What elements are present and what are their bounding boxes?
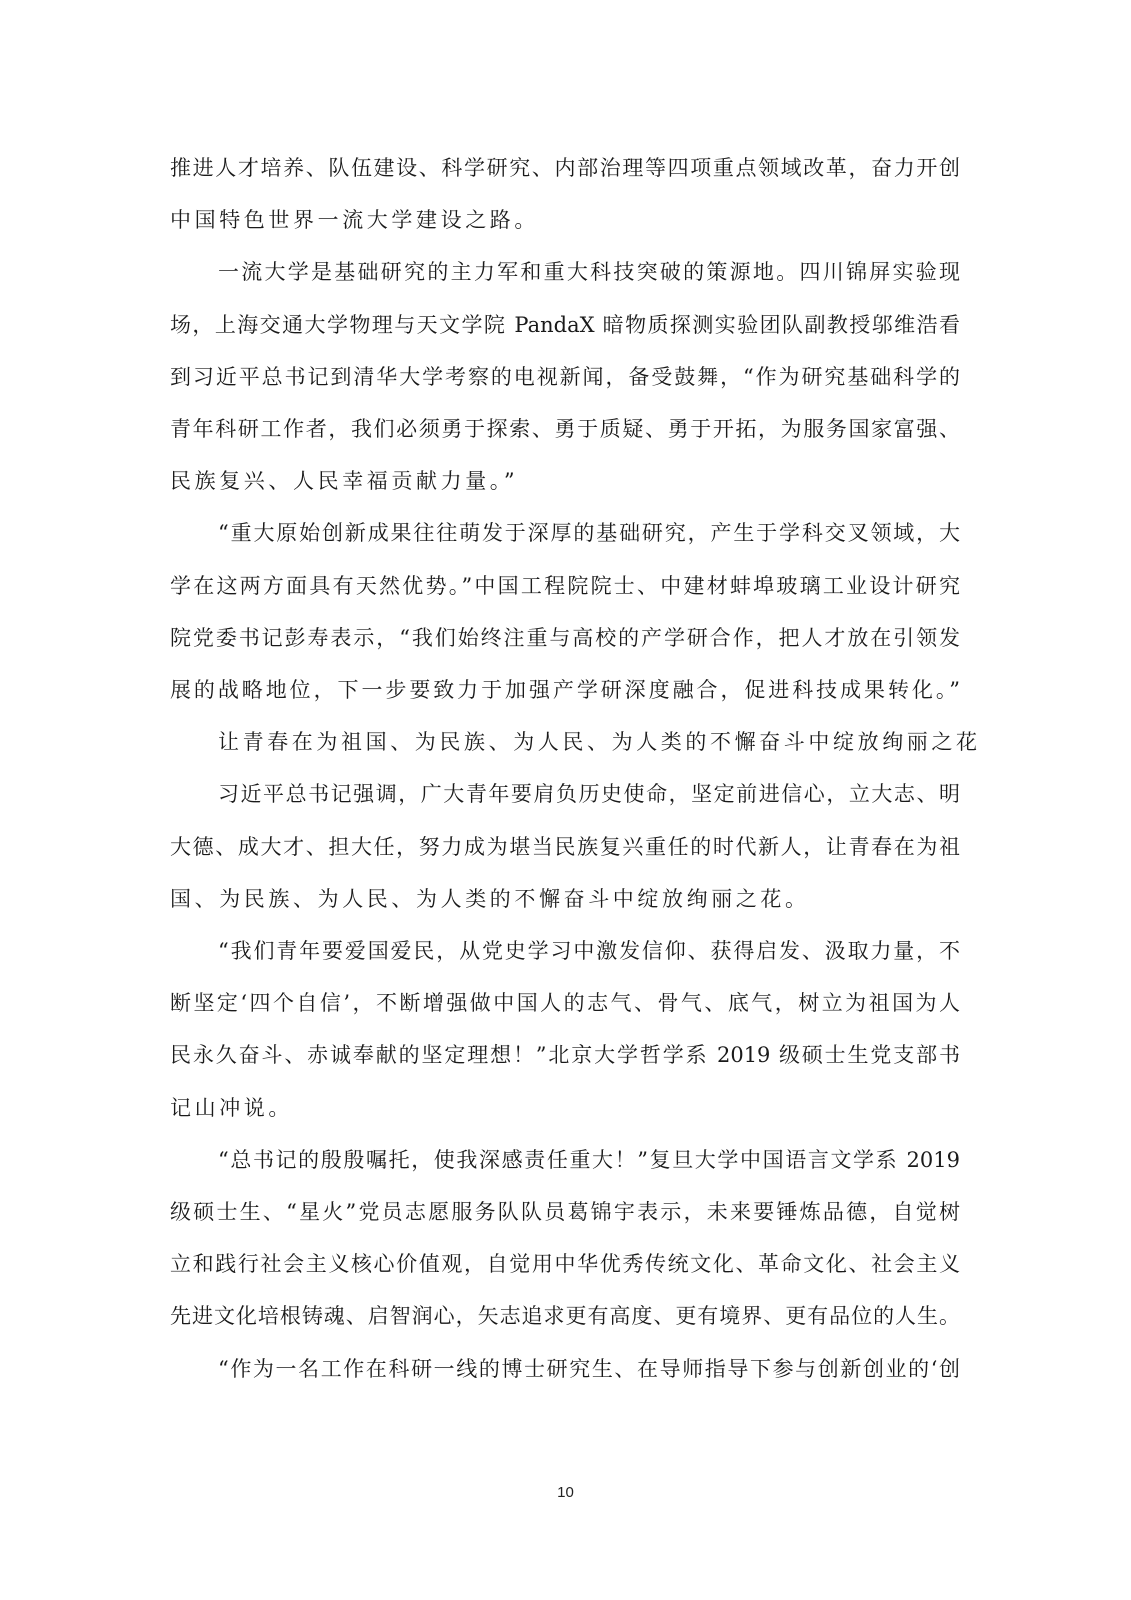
body-text-line: 到习近平总书记到清华大学考察的电视新闻，备受鼓舞，“作为研究基础科学的 — [170, 362, 960, 392]
body-text-line: “作为一名工作在科研一线的博士研究生、在导师指导下参与创新创业的‘创 — [218, 1354, 960, 1384]
body-text-line: 学在这两方面具有天然优势。”中国工程院院士、中建材蚌埠玻璃工业设计研究 — [170, 571, 960, 601]
body-text-line: 习近平总书记强调，广大青年要肩负历史使命，坚定前进信心，立大志、明 — [218, 779, 960, 809]
body-text-line: 大德、成大才、担大任，努力成为堪当民族复兴重任的时代新人，让青春在为祖 — [170, 832, 960, 862]
document-page: 推进人才培养、队伍建设、科学研究、内部治理等四项重点领域改革，奋力开创 中国特色… — [0, 0, 1131, 1600]
body-text-line: “我们青年要爱国爱民，从党史学习中激发信仰、获得启发、汲取力量，不 — [218, 936, 960, 966]
body-text-line: 民永久奋斗、赤诚奉献的坚定理想！”北京大学哲学系 2019 级硕士生党支部书 — [170, 1040, 960, 1070]
body-text-line: 推进人才培养、队伍建设、科学研究、内部治理等四项重点领域改革，奋力开创 — [170, 153, 960, 183]
body-text-line: 国、为民族、为人民、为人类的不懈奋斗中绽放绚丽之花。 — [170, 884, 960, 914]
body-text-line: 记山冲说。 — [170, 1093, 960, 1123]
section-heading: 让青春在为祖国、为民族、为人民、为人类的不懈奋斗中绽放绚丽之花 — [218, 727, 960, 757]
body-text-line: 先进文化培根铸魂、启智润心，矢志追求更有高度、更有境界、更有品位的人生。 — [170, 1301, 960, 1331]
body-text-line: “总书记的殷殷嘱托，使我深感责任重大！”复旦大学中国语言文学系 2019 — [218, 1145, 960, 1175]
body-text-line: 院党委书记彭寿表示，“我们始终注重与高校的产学研合作，把人才放在引领发 — [170, 623, 960, 653]
body-text-line: 展的战略地位，下一步要致力于加强产学研深度融合，促进科技成果转化。” — [170, 675, 960, 705]
body-text-line: 级硕士生、“星火”党员志愿服务队队员葛锦宇表示，未来要锤炼品德，自觉树 — [170, 1197, 960, 1227]
body-text-line: 民族复兴、人民幸福贡献力量。” — [170, 466, 960, 496]
body-text-line: 断坚定‘四个自信’，不断增强做中国人的志气、骨气、底气，树立为祖国为人 — [170, 988, 960, 1018]
body-text-line: “重大原始创新成果往往萌发于深厚的基础研究，产生于学科交叉领域，大 — [218, 518, 960, 548]
body-text-line: 一流大学是基础研究的主力军和重大科技突破的策源地。四川锦屏实验现 — [218, 257, 960, 287]
body-text-line: 立和践行社会主义核心价值观，自觉用中华优秀传统文化、革命文化、社会主义 — [170, 1249, 960, 1279]
body-text-line: 中国特色世界一流大学建设之路。 — [170, 205, 960, 235]
page-number: 10 — [0, 1484, 1131, 1501]
body-text-line: 场，上海交通大学物理与天文学院 PandaX 暗物质探测实验团队副教授邬维浩看 — [170, 310, 960, 340]
body-text-line: 青年科研工作者，我们必须勇于探索、勇于质疑、勇于开拓，为服务国家富强、 — [170, 414, 960, 444]
